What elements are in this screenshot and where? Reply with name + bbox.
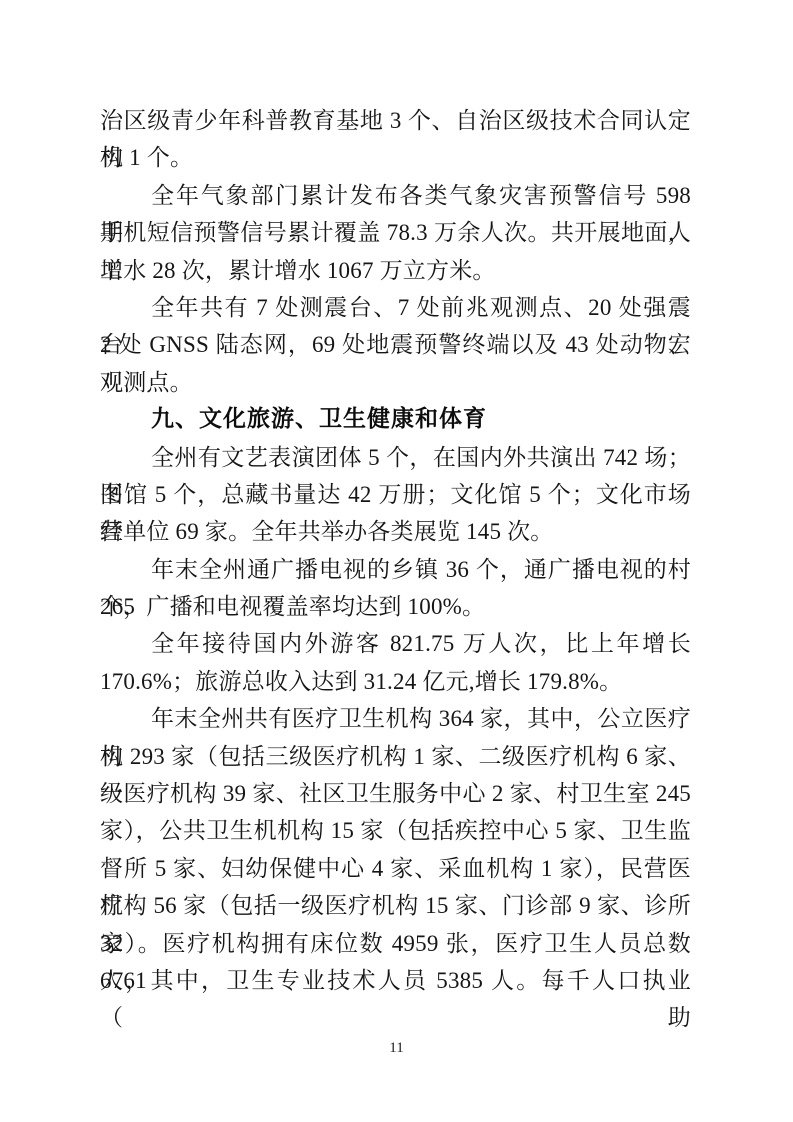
text-line: 全年气象部门累计发布各类气象灾害预警信号 598 期， (100, 177, 691, 214)
text-line: 170.6%；旅游总收入达到 31.24 亿元,增长 179.8%。 (100, 663, 691, 700)
text-line: 家）。医疗机构拥有床位数 4959 张，医疗卫生人员总数 6761 (100, 925, 691, 962)
document-page: 治区级青少年科普教育基地 3 个、自治区级技术合同认定机 构 1 个。 全年气象… (0, 0, 793, 1122)
text-line: 机构 56 家（包括一级医疗机构 15 家、门诊部 9 家、诊所 32 (100, 887, 691, 924)
text-line: 治区级青少年科普教育基地 3 个、自治区级技术合同认定机 (100, 102, 691, 139)
text-line: 2 处 GNSS 陆态网，69 处地震预警终端以及 43 处动物宏观 (100, 326, 691, 363)
text-line: 全州有文艺表演团体 5 个，在国内外共演出 742 场；图 (100, 439, 691, 476)
text-line: 全年共有 7 处测震台、7 处前兆观测点、20 处强震台、 (100, 289, 691, 326)
text-line: 观测点。 (100, 364, 691, 401)
text-line: 家），公共卫生机机构 15 家（包括疾控中心 5 家、卫生监 (100, 812, 691, 849)
text-line: 年末全州共有医疗卫生机构 364 家，其中，公立医疗机 (100, 700, 691, 737)
text-line: 构 1 个。 (100, 139, 691, 176)
text-line: 个，广播和电视覆盖率均达到 100%。 (100, 588, 691, 625)
page-body: 治区级青少年科普教育基地 3 个、自治区级技术合同认定机 构 1 个。 全年气象… (100, 102, 691, 999)
text-line: 营单位 69 家。全年共举办各类展览 145 次。 (100, 513, 691, 550)
text-line: 全年接待国内外游客 821.75 万人次，比上年增长 (100, 625, 691, 662)
text-line: 年末全州通广播电视的乡镇 36 个，通广播电视的村 265 (100, 551, 691, 588)
page-number: 11 (0, 1038, 793, 1058)
text-line: 督所 5 家、妇幼保健中心 4 家、采血机构 1 家），民营医疗 (100, 850, 691, 887)
section-heading: 九、文化旅游、卫生健康和体育 (100, 401, 691, 438)
text-line: 人，其中，卫生专业技术人员 5385 人。每千人口执业（助 (100, 962, 691, 999)
text-line: 增水 28 次，累计增水 1067 万立方米。 (100, 252, 691, 289)
text-line: 手机短信预警信号累计覆盖 78.3 万余人次。共开展地面人工 (100, 214, 691, 251)
text-line: 级医疗机构 39 家、社区卫生服务中心 2 家、村卫生室 245 (100, 775, 691, 812)
text-line: 构 293 家（包括三级医疗机构 1 家、二级医疗机构 6 家、一 (100, 738, 691, 775)
text-line: 书馆 5 个，总藏书量达 42 万册；文化馆 5 个；文化市场经 (100, 476, 691, 513)
